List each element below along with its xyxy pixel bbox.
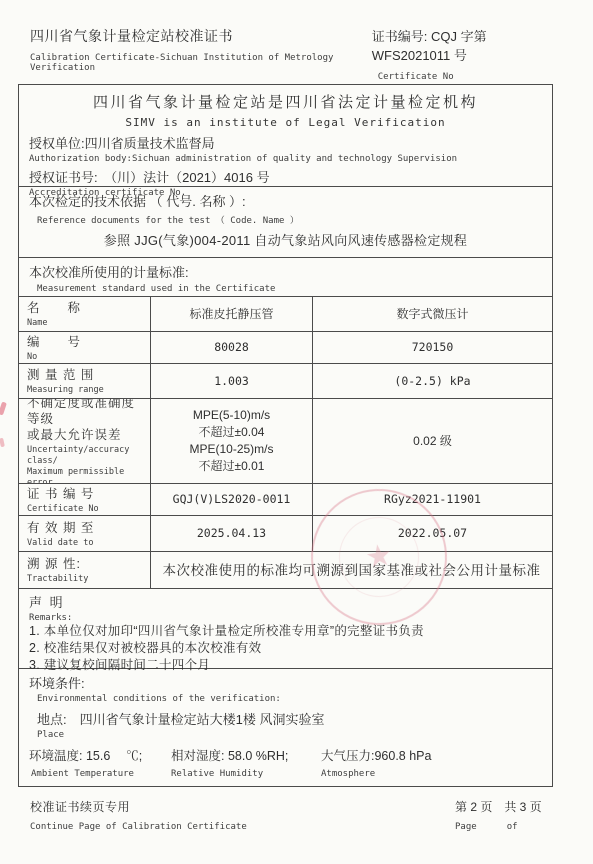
row-label-zh: 有 效 期 至 [27, 520, 146, 536]
uncertainty-value-2: 0.02 级 [312, 398, 552, 483]
standards-heading-section: 本次校准所使用的计量标准: Measurement standard used … [19, 258, 552, 297]
reference-document-value: 参照 JJG(气象)004-2011 自动气象站风向风速传感器检定规程 [29, 230, 542, 249]
footer-right: 第 2 页 共 3 页 Page of [455, 798, 567, 832]
page-number: 第 2 页 共 3 页 [455, 798, 567, 815]
environment-values-row: 环境温度: 15.6 ℃; 相对湿度: 58.0 %RH; 大气压力:960.8… [29, 746, 542, 764]
row-label-en: Certificate No [27, 504, 146, 515]
continue-page-label-zh: 校准证书续页专用 [30, 798, 247, 815]
pressure-label-en: Atmosphere [321, 769, 375, 779]
remarks-section: 声 明 Remarks: 1. 本单位仅对加印“四川省气象计量检定所校准专用章”… [19, 589, 552, 669]
reference-label-zh: 本次检定的技术依据 （ 代号. 名称 ）: [29, 191, 542, 210]
table-row-certno-label: 证 书 编 号 Certificate No [19, 483, 150, 515]
header-right: 证书编号: CQJ 字第 WFS2021011 号 Certificate No [372, 26, 567, 82]
table-row-traceability-label: 溯 源 性: Tractability [19, 551, 150, 588]
row-label-en: Tractability [27, 574, 146, 585]
certificate-body-box: 四川省气象计量检定站是四川省法定计量检定机构 SIMV is an instit… [18, 84, 553, 787]
certificate-number-label-en: Certificate No [372, 72, 567, 82]
temperature-value: 环境温度: 15.6 ℃; [29, 746, 171, 764]
table-row-valid-label: 有 效 期 至 Valid date to [19, 515, 150, 551]
remark-item-1: 1. 本单位仅对加印“四川省气象计量检定所校准专用章”的完整证书负责 [29, 623, 542, 640]
scan-ink-artifact [0, 438, 5, 448]
environment-section: 环境条件: Environmental conditions of the ve… [19, 669, 552, 786]
institute-statement-zh: 四川省气象计量检定站是四川省法定计量检定机构 [29, 91, 542, 112]
table-row-range-label: 测 量 范 围 Measuring range [19, 363, 150, 398]
row-label-en: Name [27, 318, 146, 329]
remark-item-2: 2. 校准结果仅对被校器具的本次校准有效 [29, 640, 542, 657]
page-header: 四川省气象计量检定站校准证书 Calibration Certificate-S… [30, 26, 567, 82]
row-label-en: Uncertainty/accuracy class/ Maximum perm… [27, 445, 146, 484]
header-left: 四川省气象计量检定站校准证书 Calibration Certificate-S… [30, 26, 372, 82]
authorization-body-zh: 授权单位:四川省质量技术监督局 [29, 133, 542, 152]
table-row-no-label: 编 号 No [19, 331, 150, 363]
scan-ink-artifact [0, 402, 7, 416]
row-label-zh: 编 号 [27, 334, 146, 350]
place-value: 地点: 四川省气象计量检定站大楼1楼 风洞实验室 [29, 709, 542, 728]
name-standard-2: 数字式微压计 [312, 297, 552, 331]
standards-label-en: Measurement standard used in the Certifi… [29, 284, 542, 294]
valid-date-2: 2022.05.07 [312, 515, 552, 551]
page-label-en: Page [455, 822, 477, 832]
row-label-en: Valid date to [27, 538, 146, 549]
row-label-zh: 不确定度或准确度等级 或最大允许误差 [27, 398, 146, 443]
row-label-zh: 名 称 [27, 300, 146, 316]
reference-section: 本次检定的技术依据 （ 代号. 名称 ）: Reference document… [19, 187, 552, 258]
serial-no-1: 80028 [150, 331, 312, 363]
certificate-title-zh: 四川省气象计量检定站校准证书 [30, 26, 372, 46]
page-footer: 校准证书续页专用 Continue Page of Calibration Ce… [30, 798, 567, 832]
temperature-label-en: Ambient Temperature [29, 769, 171, 779]
environment-labels-row: Ambient Temperature Relative Humidity At… [29, 769, 542, 779]
authorization-body-en: Authorization body:Sichuan administratio… [29, 154, 542, 164]
environment-label-en: Environmental conditions of the verifica… [29, 694, 542, 704]
traceability-statement: 本次校准使用的标准均可溯源到国家基准或社会公用计量标准 [150, 551, 552, 588]
measuring-range-2: (0-2.5) kPa [312, 363, 552, 398]
measuring-range-1: 1.003 [150, 363, 312, 398]
certificate-page: 四川省气象计量检定站校准证书 Calibration Certificate-S… [0, 0, 593, 864]
table-row-uncertainty-label: 不确定度或准确度等级 或最大允许误差 Uncertainty/accuracy … [19, 398, 150, 483]
certificate-title-en: Calibration Certificate-Sichuan Institut… [30, 53, 372, 73]
standards-label-zh: 本次校准所使用的计量标准: [29, 262, 542, 281]
row-label-zh: 证 书 编 号 [27, 486, 146, 502]
institute-statement-en: SIMV is an institute of Legal Verificati… [29, 116, 542, 129]
serial-no-2: 720150 [312, 331, 552, 363]
humidity-label-en: Relative Humidity [171, 769, 321, 779]
valid-date-1: 2025.04.13 [150, 515, 312, 551]
standards-table: 名 称 Name 标准皮托静压管 数字式微压计 编 号 No 80028 720… [19, 297, 552, 589]
humidity-value: 相对湿度: 58.0 %RH; [171, 746, 321, 764]
reference-label-en: Reference documents for the test （ Code.… [29, 213, 542, 226]
pressure-value: 大气压力:960.8 hPa [321, 746, 431, 764]
place-label-en: Place [29, 730, 542, 740]
certificate-number: 证书编号: CQJ 字第 WFS2021011 号 [372, 26, 567, 64]
accreditation-no-zh: 授权证书号: （川）法计（2021）4016 号 [29, 167, 542, 186]
standard-cert-no-1: GQJ(V)LS2020-0011 [150, 483, 312, 515]
page-number-en: Page of [455, 822, 567, 832]
environment-label-zh: 环境条件: [29, 673, 542, 692]
remarks-label-zh: 声 明 [29, 595, 65, 610]
name-standard-1: 标准皮托静压管 [150, 297, 312, 331]
uncertainty-value-1: MPE(5-10)m/s 不超过±0.04 MPE(10-25)m/s 不超过±… [150, 398, 312, 483]
row-label-zh: 测 量 范 围 [27, 367, 146, 383]
footer-left: 校准证书续页专用 Continue Page of Calibration Ce… [30, 798, 247, 832]
standard-cert-no-2: RGyz2021-11901 [312, 483, 552, 515]
remarks-label-en: Remarks: [29, 613, 542, 623]
row-label-zh: 溯 源 性: [27, 556, 146, 572]
institute-section: 四川省气象计量检定站是四川省法定计量检定机构 SIMV is an instit… [19, 85, 552, 187]
table-row-name-label: 名 称 Name [19, 297, 150, 331]
page-of-label-en: of [507, 822, 518, 832]
row-label-en: No [27, 352, 146, 363]
row-label-en: Measuring range [27, 385, 146, 396]
continue-page-label-en: Continue Page of Calibration Certificate [30, 822, 247, 832]
